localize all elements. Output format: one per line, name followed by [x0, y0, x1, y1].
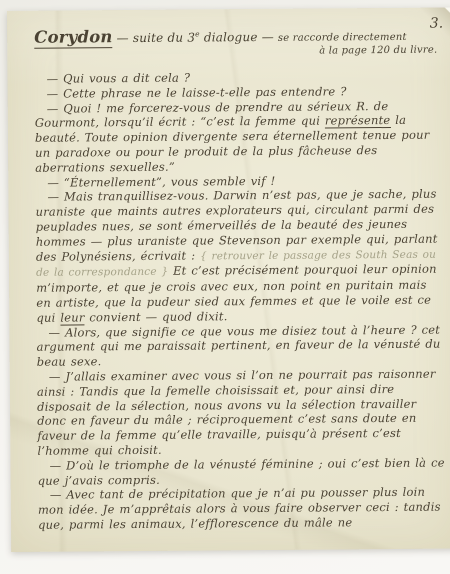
paragraph-3: — Quoi ! me forcerez-vous de prendre au …	[35, 98, 445, 175]
paragraph-8: — D’où le triomphe de la vénusté féminin…	[38, 455, 447, 488]
manuscript-body: — Qui vous a dit cela ? — Cette phrase n…	[34, 69, 447, 533]
manuscript-page: 3. Corydon — suite du 3e dialogue — se r…	[7, 7, 450, 551]
header-note: se raccorde directement	[278, 32, 407, 44]
header-dash-2: —	[258, 30, 278, 44]
manuscript-header: Corydon — suite du 3e dialogue — se racc…	[34, 25, 443, 59]
paragraph-9: — Avec tant de précipitation que je n’ai…	[38, 485, 447, 533]
paragraph-5-text-end: convient — quod dixit.	[84, 309, 227, 324]
paragraph-6: — Alors, que signifie ce que vous me dis…	[36, 322, 445, 370]
header-subtitle-2: dialogue	[200, 30, 258, 44]
header-dash-1: —	[113, 31, 133, 45]
photo-background: 3. Corydon — suite du 3e dialogue — se r…	[0, 0, 450, 574]
header-subtitle: suite du 3	[133, 31, 195, 45]
underlined-word-represente: représente	[325, 113, 391, 129]
page-content: Corydon — suite du 3e dialogue — se racc…	[7, 7, 450, 551]
paragraph-5: — Mais tranquillisez-vous. Darwin n’est …	[35, 187, 445, 325]
paragraph-7: — J’allais examiner avec vous si l’on ne…	[37, 367, 447, 459]
underlined-word-leur: leur	[60, 310, 84, 325]
title-corydon: Corydon	[34, 27, 113, 49]
